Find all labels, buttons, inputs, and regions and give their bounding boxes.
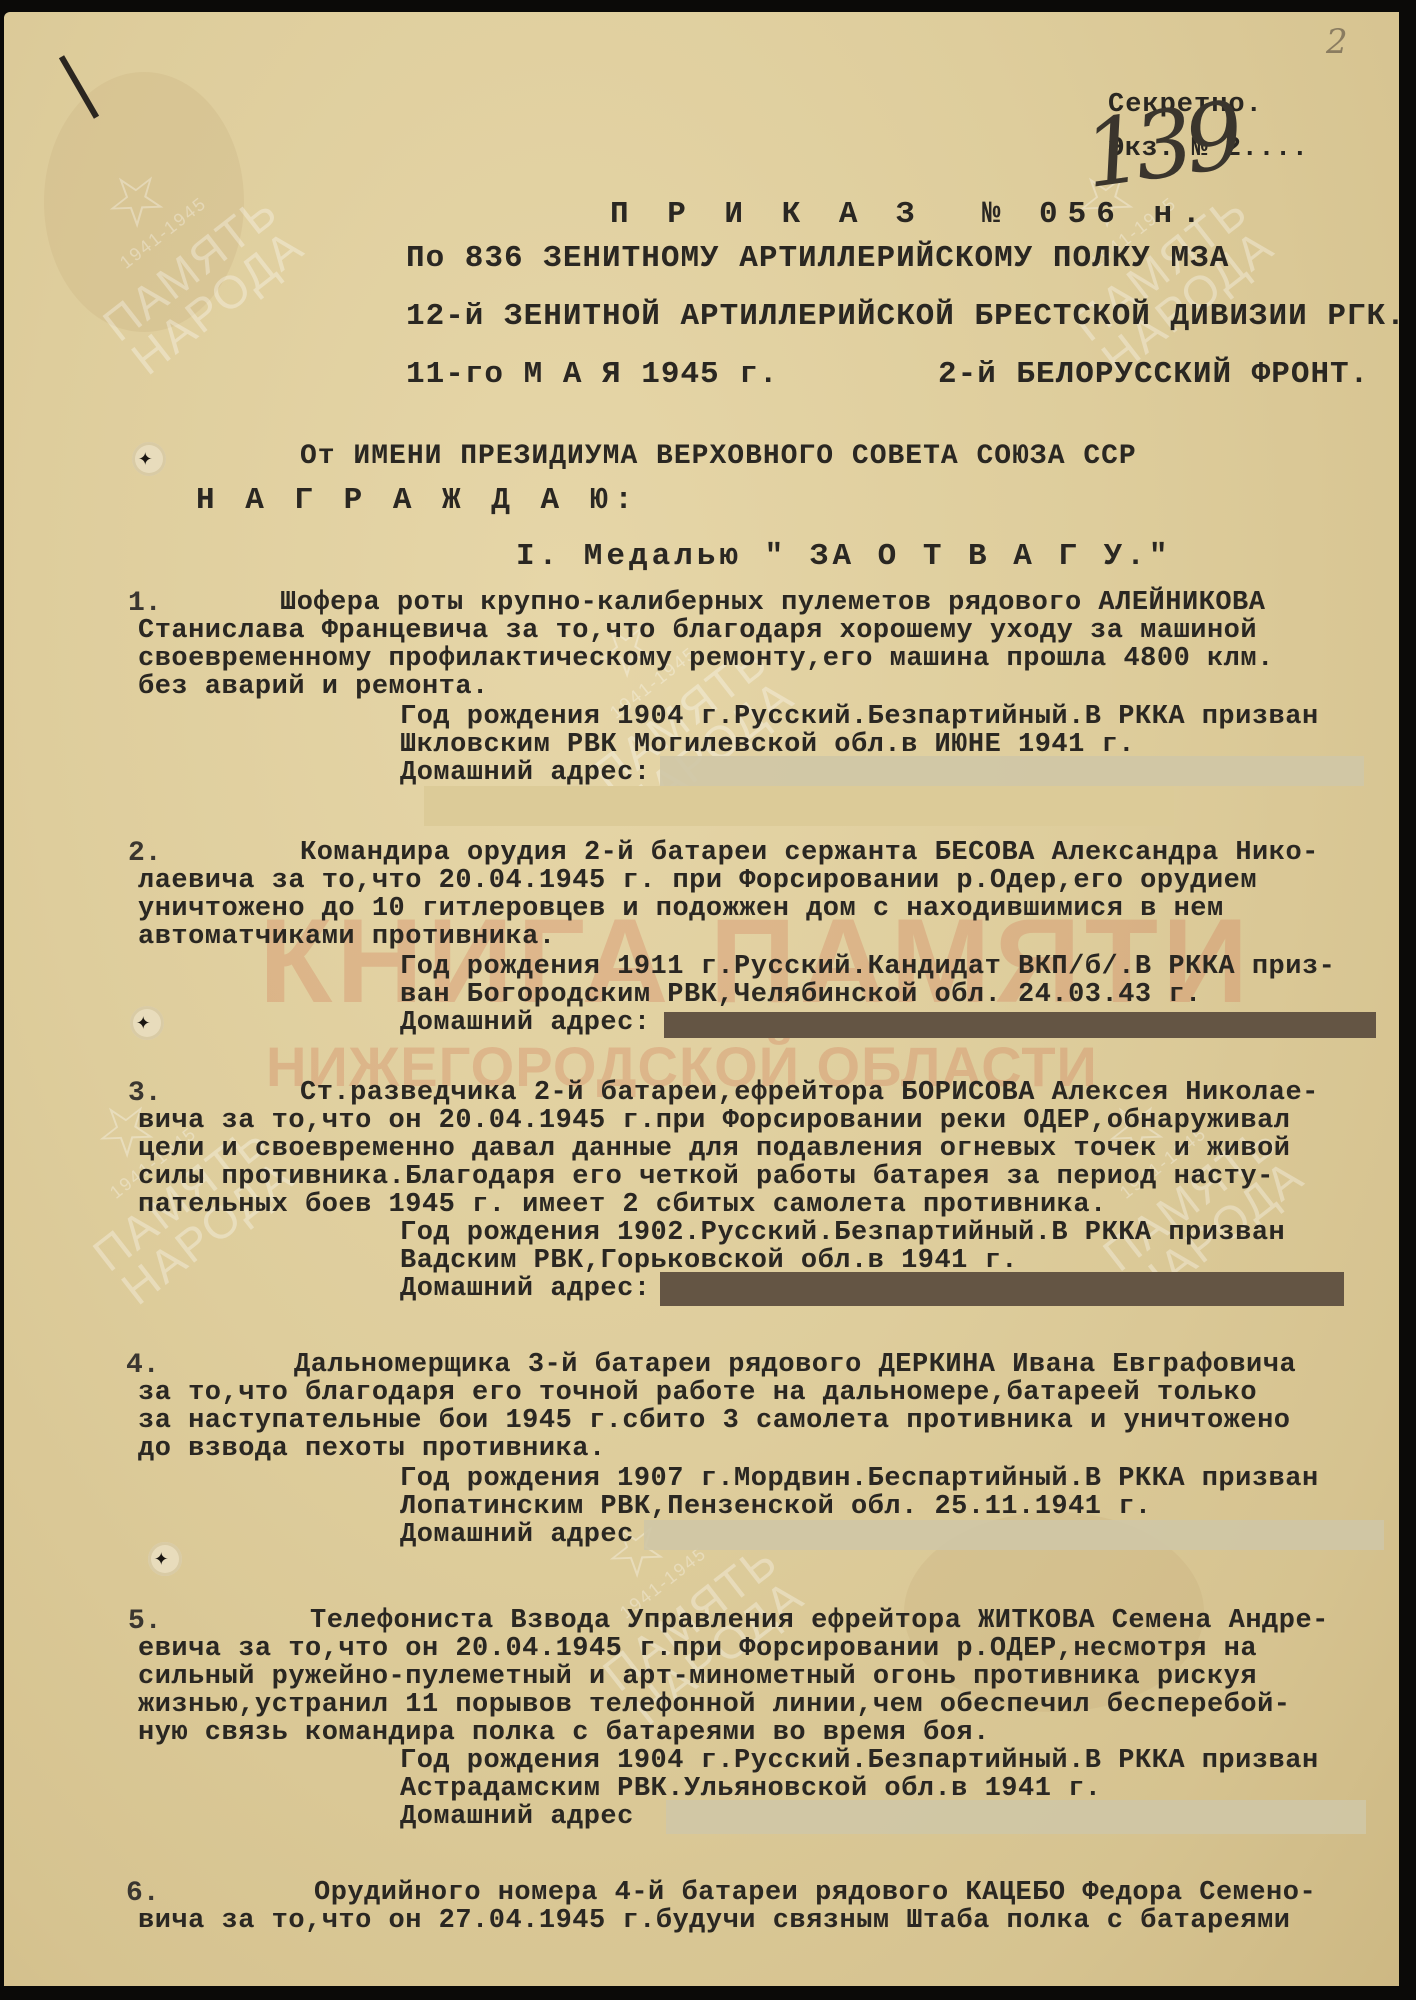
address-label: Домашний адрес:	[400, 1008, 651, 1038]
handwritten-number: 139	[1077, 82, 1242, 209]
award-verb: Н А Г Р А Ж Д А Ю:	[196, 486, 639, 516]
preamble: От ИМЕНИ ПРЕЗИДИУМА ВЕРХОВНОГО СОВЕТА СО…	[300, 442, 1137, 472]
redacted-address	[660, 1272, 1344, 1306]
address-label: Домашний адрес:	[400, 758, 651, 788]
binder-hole-icon	[148, 1542, 182, 1576]
redacted-address	[666, 1800, 1366, 1834]
redacted-address	[644, 1520, 1384, 1550]
header-line-regiment: По 836 ЗЕНИТНОМУ АРТИЛЛЕРИЙСКОМУ ПОЛКУ М…	[406, 244, 1229, 274]
binder-hole-icon	[132, 442, 166, 476]
award-section-title: I. Медалью " ЗА О Т В А Г У."	[516, 542, 1172, 572]
page-number: 2	[1326, 22, 1348, 62]
redacted-address	[664, 1012, 1376, 1038]
order-title: П Р И К А З № 056 н.	[610, 200, 1211, 230]
header-line-date: 11-го М А Я 1945 г.	[406, 360, 778, 390]
address-label: Домашний адрес	[400, 1802, 634, 1832]
header-line-division: 12-й ЗЕНИТНОЙ АРТИЛЛЕРИЙСКОЙ БРЕСТСКОЙ Д…	[406, 302, 1399, 332]
binder-hole-icon	[130, 1006, 164, 1040]
header-line-front: 2-й БЕЛОРУССКИЙ ФРОНТ.	[938, 360, 1369, 390]
address-label: Домашний адрес:	[400, 1274, 651, 1304]
address-label: Домашний адрес	[400, 1520, 634, 1550]
redacted-address-continuation	[424, 786, 1174, 826]
document-page: ☆ 1941-1945 ПАМЯТЬ НАРОДА ☆ 1941-1945 ПА…	[4, 12, 1399, 1986]
redacted-address	[660, 756, 1364, 786]
